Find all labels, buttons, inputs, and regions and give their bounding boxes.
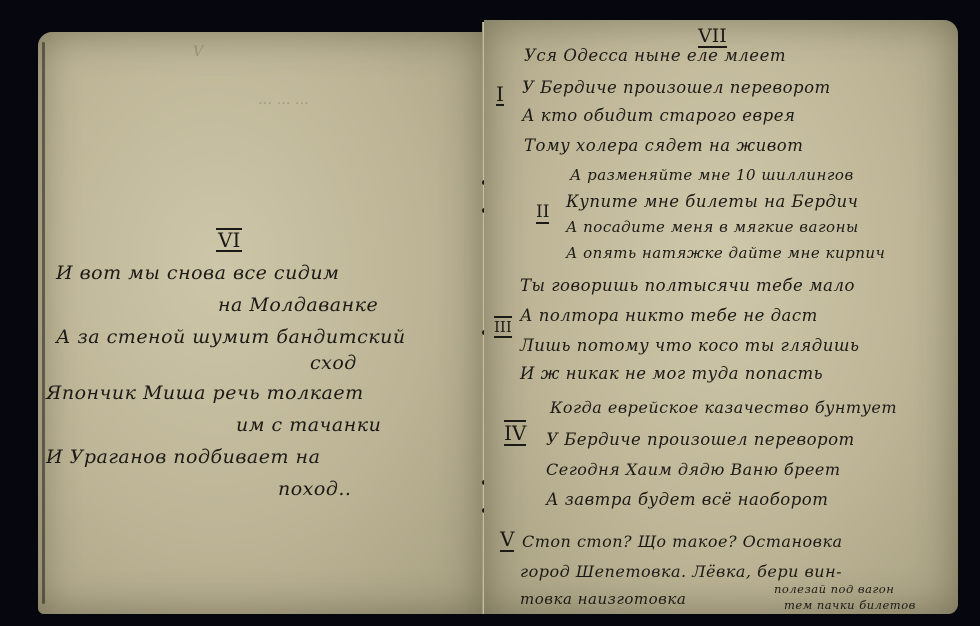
handwritten-line: И вот мы снова все сидим: [56, 262, 339, 284]
verse-marker: I: [496, 84, 504, 106]
handwritten-line: А полтора никто тебе не даст: [520, 306, 818, 325]
handwritten-line: И Ураганов подбивает на: [46, 446, 320, 468]
verse-marker: III: [494, 316, 512, 338]
handwritten-line: А за стеной шумит бандитский: [56, 326, 406, 348]
handwritten-line: Япончик Миша речь толкает: [46, 382, 364, 404]
verse-marker: IV: [504, 420, 526, 446]
handwritten-line: А кто обидит старого еврея: [522, 106, 795, 125]
footnote-line: полезай под вагон: [774, 582, 894, 596]
handwritten-line: Сегодня Хаим дядю Ваню бреет: [546, 460, 841, 479]
handwritten-line: товка наизготовка: [520, 590, 686, 608]
handwritten-line: А разменяйте мне 10 шиллингов: [570, 166, 854, 184]
handwritten-line: Лишь потому что косо ты глядишь: [520, 336, 859, 355]
handwritten-line: на Молдаванке: [218, 294, 378, 316]
handwritten-line: А посадите меня в мягкие вагоны: [566, 218, 859, 236]
handwritten-line: поход..: [278, 478, 351, 500]
handwritten-line: И ж никак не мог туда попасть: [520, 364, 823, 383]
footnote-line: тем пачки билетов: [784, 598, 916, 612]
verse-marker: V: [500, 528, 514, 552]
handwritten-line: сход: [310, 352, 357, 374]
right-page: VII I II III IV V Уся Одесса ныне еле мл…: [484, 20, 958, 614]
handwritten-line: Стоп стоп? Що такое? Остановка: [522, 532, 843, 551]
page-numeral: VII: [698, 26, 727, 48]
handwritten-line: Тому холера сядет на живот: [524, 136, 803, 155]
faint-mark: V: [193, 44, 203, 60]
verse-marker: II: [536, 202, 549, 224]
handwritten-line: Купите мне билеты на Бердич: [566, 192, 858, 211]
handwritten-line: А завтра будет всё наоборот: [546, 490, 828, 509]
handwritten-line: А опять натяжке дайте мне кирпич: [566, 244, 885, 262]
faint-mark: … … …: [258, 92, 309, 108]
handwritten-line: город Шепетовка. Лёвка, бери вин-: [520, 562, 842, 581]
handwritten-line: Когда еврейское казачество бунтует: [550, 398, 897, 417]
section-numeral: VI: [216, 228, 242, 252]
handwritten-line: Ты говоришь полтысячи тебе мало: [520, 276, 855, 295]
handwritten-line: Уся Одесса ныне еле млеет: [524, 46, 786, 65]
handwritten-line: У Бердиче произошел переворот: [522, 78, 831, 97]
handwritten-line: им с тачанки: [236, 414, 381, 436]
left-page: V … … … VI И вот мы снова все сидим на М…: [38, 32, 483, 614]
handwritten-line: У Бердиче произошел переворот: [546, 430, 855, 449]
